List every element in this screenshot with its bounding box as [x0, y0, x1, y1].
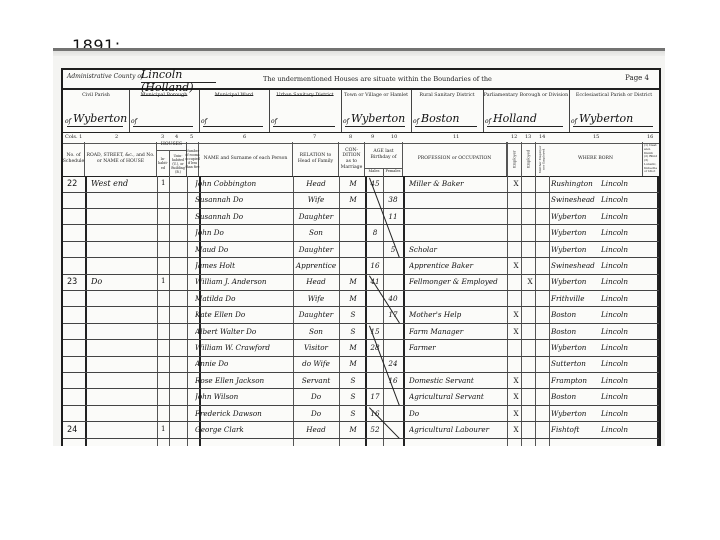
table-row: Susannah DoWifeM38SwinesheadLincoln: [63, 192, 659, 209]
column-number: 9: [371, 134, 374, 140]
person-name: William J. Anderson: [195, 277, 293, 286]
occupation: Mother's Help: [409, 310, 509, 319]
table-row: 241George ClarkHeadM52Agricultural Labou…: [63, 422, 659, 439]
marital-condition: M: [341, 179, 365, 188]
page-number: Page 4: [625, 74, 649, 82]
employer-mark: X: [509, 425, 523, 434]
marital-condition: S: [341, 327, 365, 336]
relation-to-head: Son: [295, 228, 337, 237]
marital-condition: M: [341, 294, 365, 303]
marital-condition: S: [341, 392, 365, 401]
birthplace: Wyberton: [551, 212, 601, 221]
birth-county: Lincoln: [601, 261, 641, 270]
district-box: Parliamentary Borough or DivisionofHolla…: [483, 90, 570, 132]
birthplace: Wyberton: [551, 245, 601, 254]
column-number: 5: [190, 134, 193, 140]
person-name: Frederick Dawson: [195, 409, 293, 418]
header-relation: RELATION to Head of Family: [293, 142, 339, 176]
header-employer: Employer: [507, 142, 521, 176]
occupation: Farm Manager: [409, 327, 509, 336]
district-box: Urban Sanitary Districtof: [269, 90, 342, 132]
person-name: Albert Walter Do: [195, 327, 293, 336]
district-value: Wyberton: [573, 112, 653, 127]
relation-to-head: Head: [295, 425, 337, 434]
header-age-label: AGE last Birthday of: [365, 142, 402, 168]
birth-county: Lincoln: [601, 195, 641, 204]
header-where-born: WHERE BORN: [549, 142, 643, 176]
birthplace: Swineshead: [551, 261, 601, 270]
marital-condition: S: [341, 310, 365, 319]
relation-to-head: Visitor: [295, 343, 337, 352]
inhabited-count: 1: [161, 179, 165, 187]
relation-to-head: Son: [295, 327, 337, 336]
birthplace: Boston: [551, 392, 601, 401]
table-row: Frederick DawsonDoS16DoXWybertonLincoln: [63, 406, 659, 423]
birthplace: Frithville: [551, 294, 601, 303]
relation-to-head: Apprentice: [295, 261, 337, 270]
header-rooms: Number of rooms occupied if less than fi…: [187, 142, 199, 176]
district-value: [203, 112, 263, 127]
table-row: Matilda DoWifeM40FrithvilleLincoln: [63, 291, 659, 308]
occupation: Agricultural Servant: [409, 392, 509, 401]
person-name: George Clark: [195, 425, 293, 434]
district-label: Municipal Borough: [129, 93, 199, 98]
header-name: NAME and Surname of each Person: [199, 142, 293, 176]
relation-to-head: Daughter: [295, 310, 337, 319]
district-box: Rural Sanitary DistrictofBoston: [411, 90, 484, 132]
table-row: Rose Ellen JacksonServantS16Domestic Ser…: [63, 373, 659, 390]
birth-county: Lincoln: [601, 425, 641, 434]
employer-mark: X: [509, 392, 523, 401]
district-label: Municipal Ward: [199, 93, 269, 98]
district-label: Rural Sanitary District: [411, 93, 483, 98]
birth-county: Lincoln: [601, 277, 641, 286]
birth-county: Lincoln: [601, 376, 641, 385]
district-label: Parliamentary Borough or Division: [483, 93, 569, 98]
person-name: John Cobbington: [195, 179, 293, 188]
table-row: William W. CrawfordVisitorM28FarmerWyber…: [63, 340, 659, 357]
census-form: Administrative County of Lincoln (Hollan…: [61, 68, 661, 446]
header-infirmity: (1) Deaf-and-Dumb (2) Blind (3) Lunatic,…: [643, 142, 659, 176]
relation-to-head: Do: [295, 409, 337, 418]
person-name: James Holt: [195, 261, 293, 270]
relation-to-head: Daughter: [295, 212, 337, 221]
age-male: 16: [367, 261, 383, 270]
employer-mark: X: [509, 327, 523, 336]
age-female: 11: [385, 212, 401, 221]
birthplace: Wyberton: [551, 228, 601, 237]
column-number: 8: [349, 134, 352, 140]
occupation: Fellmonger & Employed: [409, 277, 509, 286]
table-row: Kate Ellen DoDaughterS17Mother's HelpXBo…: [63, 307, 659, 324]
employer-mark: X: [509, 179, 523, 188]
road-address: Do: [91, 277, 102, 286]
marital-condition: M: [341, 343, 365, 352]
person-name: Susannah Do: [195, 212, 293, 221]
header-age: AGE last Birthday of Males Females: [365, 142, 403, 176]
district-box: Civil ParishofWyberton: [63, 90, 130, 132]
table-row: Albert Walter DoSonS15Farm ManagerXBosto…: [63, 324, 659, 341]
scan-edge: [53, 48, 665, 51]
district-value: Wyberton: [67, 112, 123, 127]
column-number: 4: [175, 134, 178, 140]
marital-condition: M: [341, 277, 365, 286]
person-name: Rose Ellen Jackson: [195, 376, 293, 385]
occupation: Do: [409, 409, 509, 418]
occupation: Domestic Servant: [409, 376, 509, 385]
header-condition: CON- DITION as to Marriage: [339, 142, 365, 176]
relation-to-head: Wife: [295, 195, 337, 204]
person-name: Annie Do: [195, 359, 293, 368]
employer-mark: X: [509, 409, 523, 418]
occupation: Agricultural Labourer: [409, 425, 509, 434]
header-age-females: Females: [384, 169, 402, 176]
birth-county: Lincoln: [601, 392, 641, 401]
age-female: 24: [385, 359, 401, 368]
header-occupation: PROFESSION or OCCUPATION: [403, 142, 507, 176]
marital-condition: S: [341, 376, 365, 385]
table-row: 22West end1John CobbingtonHeadM45Miller …: [63, 176, 659, 193]
column-number: 12: [511, 134, 517, 140]
header-road: ROAD, STREET, &c., and No. or NAME of HO…: [85, 142, 157, 176]
district-value: [273, 112, 335, 127]
age-male: 8: [367, 228, 383, 237]
table-row: John DoSon8WybertonLincoln: [63, 225, 659, 242]
table-body: 22West end1John CobbingtonHeadM45Miller …: [63, 176, 659, 446]
marital-condition: S: [341, 409, 365, 418]
district-value: Wyberton: [345, 112, 405, 127]
column-number: 13: [525, 134, 531, 140]
age-male: 52: [367, 425, 383, 434]
birth-county: Lincoln: [601, 327, 641, 336]
birth-county: Lincoln: [601, 343, 641, 352]
table-row: Maud DoDaughter5ScholarWybertonLincoln: [63, 242, 659, 259]
district-box: Municipal Wardof: [199, 90, 270, 132]
occupation: Farmer: [409, 343, 509, 352]
column-number: 10: [391, 134, 397, 140]
table-row: John WilsonDoS17Agricultural ServantXBos…: [63, 389, 659, 406]
district-box: Municipal Boroughof: [129, 90, 200, 132]
relation-to-head: Servant: [295, 376, 337, 385]
birth-county: Lincoln: [601, 245, 641, 254]
birthplace: Boston: [551, 327, 601, 336]
birthplace: Sutterton: [551, 359, 601, 368]
district-box: Ecclesiastical Parish or DistrictofWyber…: [569, 90, 659, 132]
column-number: 15: [593, 134, 599, 140]
person-name: Susannah Do: [195, 195, 293, 204]
table-row: 23Do1William J. AndersonHeadM41Fellmonge…: [63, 274, 659, 291]
marital-condition: M: [341, 195, 365, 204]
marital-condition: M: [341, 425, 365, 434]
relation-to-head: Head: [295, 179, 337, 188]
marital-condition: M: [341, 359, 365, 368]
relation-to-head: Head: [295, 277, 337, 286]
district-label: Civil Parish: [63, 93, 129, 98]
column-number: 7: [313, 134, 316, 140]
district-value: Holland: [487, 112, 563, 127]
occupation: Scholar: [409, 245, 509, 254]
birth-county: Lincoln: [601, 179, 641, 188]
birthplace: Fishtoft: [551, 425, 601, 434]
header-neither: Neither Employer nor Employed: [535, 142, 549, 176]
person-name: John Wilson: [195, 392, 293, 401]
schedule-number: 23: [67, 277, 77, 287]
header-houses: HOUSES In- habit- ed Unin- habited (U.),…: [157, 142, 187, 176]
birthplace: Frampton: [551, 376, 601, 385]
relation-to-head: Do: [295, 392, 337, 401]
header-houses-label: HOUSES: [157, 142, 186, 151]
birthplace: Wyberton: [551, 277, 601, 286]
age-female: 38: [385, 195, 401, 204]
age-female: 5: [385, 245, 401, 254]
undersigned-text: The undermentioned Houses are situate wi…: [263, 75, 492, 83]
district-label: Ecclesiastical Parish or District: [569, 93, 659, 98]
district-value: [133, 112, 193, 127]
relation-to-head: do Wife: [295, 359, 337, 368]
header-age-males: Males: [365, 169, 384, 176]
relation-to-head: Wife: [295, 294, 337, 303]
district-value: Boston: [415, 112, 477, 127]
district-label: Town or Village or Hamlet: [341, 93, 411, 98]
employer-mark: X: [509, 261, 523, 270]
birth-county: Lincoln: [601, 359, 641, 368]
table-header: No. of Schedule ROAD, STREET, &c., and N…: [63, 142, 659, 177]
birthplace: Boston: [551, 310, 601, 319]
person-name: John Do: [195, 228, 293, 237]
column-number: 16: [647, 134, 653, 140]
road-address: West end: [91, 179, 128, 188]
schedule-number: 22: [67, 179, 77, 189]
district-box: Town or Village or HamletofWyberton: [341, 90, 412, 132]
column-number: 2: [115, 134, 118, 140]
header-schedule: No. of Schedule: [63, 142, 85, 176]
birth-county: Lincoln: [601, 294, 641, 303]
person-name: Matilda Do: [195, 294, 293, 303]
birthplace: Wyberton: [551, 409, 601, 418]
age-male: 17: [367, 392, 383, 401]
district-label: Urban Sanitary District: [269, 93, 341, 98]
schedule-number: 24: [67, 425, 77, 435]
inhabited-count: 1: [161, 277, 165, 285]
birth-county: Lincoln: [601, 212, 641, 221]
person-name: William W. Crawford: [195, 343, 293, 352]
header-employed: Employed: [521, 142, 535, 176]
birthplace: Swineshead: [551, 195, 601, 204]
column-number: 11: [453, 134, 459, 140]
table-row: Annie Dodo WifeM24SuttertonLincoln: [63, 356, 659, 373]
occupation: Miller & Baker: [409, 179, 509, 188]
birthplace: Wyberton: [551, 343, 601, 352]
census-scan: Administrative County of Lincoln (Hollan…: [53, 48, 665, 446]
employer-mark: X: [509, 376, 523, 385]
inhabited-count: 1: [161, 425, 165, 433]
admin-county-value: Lincoln (Holland): [141, 68, 216, 83]
table-row: Susannah DoDaughter11WybertonLincoln: [63, 209, 659, 226]
age-female: 40: [385, 294, 401, 303]
person-name: Kate Ellen Do: [195, 310, 293, 319]
employed-mark: X: [523, 277, 537, 286]
column-number: 14: [539, 134, 545, 140]
birth-county: Lincoln: [601, 409, 641, 418]
admin-county-label: Administrative County of: [67, 73, 143, 80]
header-inhabited: In- habit- ed: [157, 151, 170, 176]
form-header: Administrative County of Lincoln (Hollan…: [63, 70, 659, 90]
birth-county: Lincoln: [601, 228, 641, 237]
header-uninhabited: Unin- habited (U.), or Building (B.): [170, 151, 186, 176]
column-number: 6: [243, 134, 246, 140]
relation-to-head: Daughter: [295, 245, 337, 254]
birthplace: Rushington: [551, 179, 601, 188]
column-number: Cols. 1: [65, 134, 82, 140]
employer-mark: X: [509, 310, 523, 319]
person-name: Maud Do: [195, 245, 293, 254]
birth-county: Lincoln: [601, 310, 641, 319]
occupation: Apprentice Baker: [409, 261, 509, 270]
table-row: James HoltApprentice16Apprentice BakerXS…: [63, 258, 659, 275]
column-number: 3: [161, 134, 164, 140]
